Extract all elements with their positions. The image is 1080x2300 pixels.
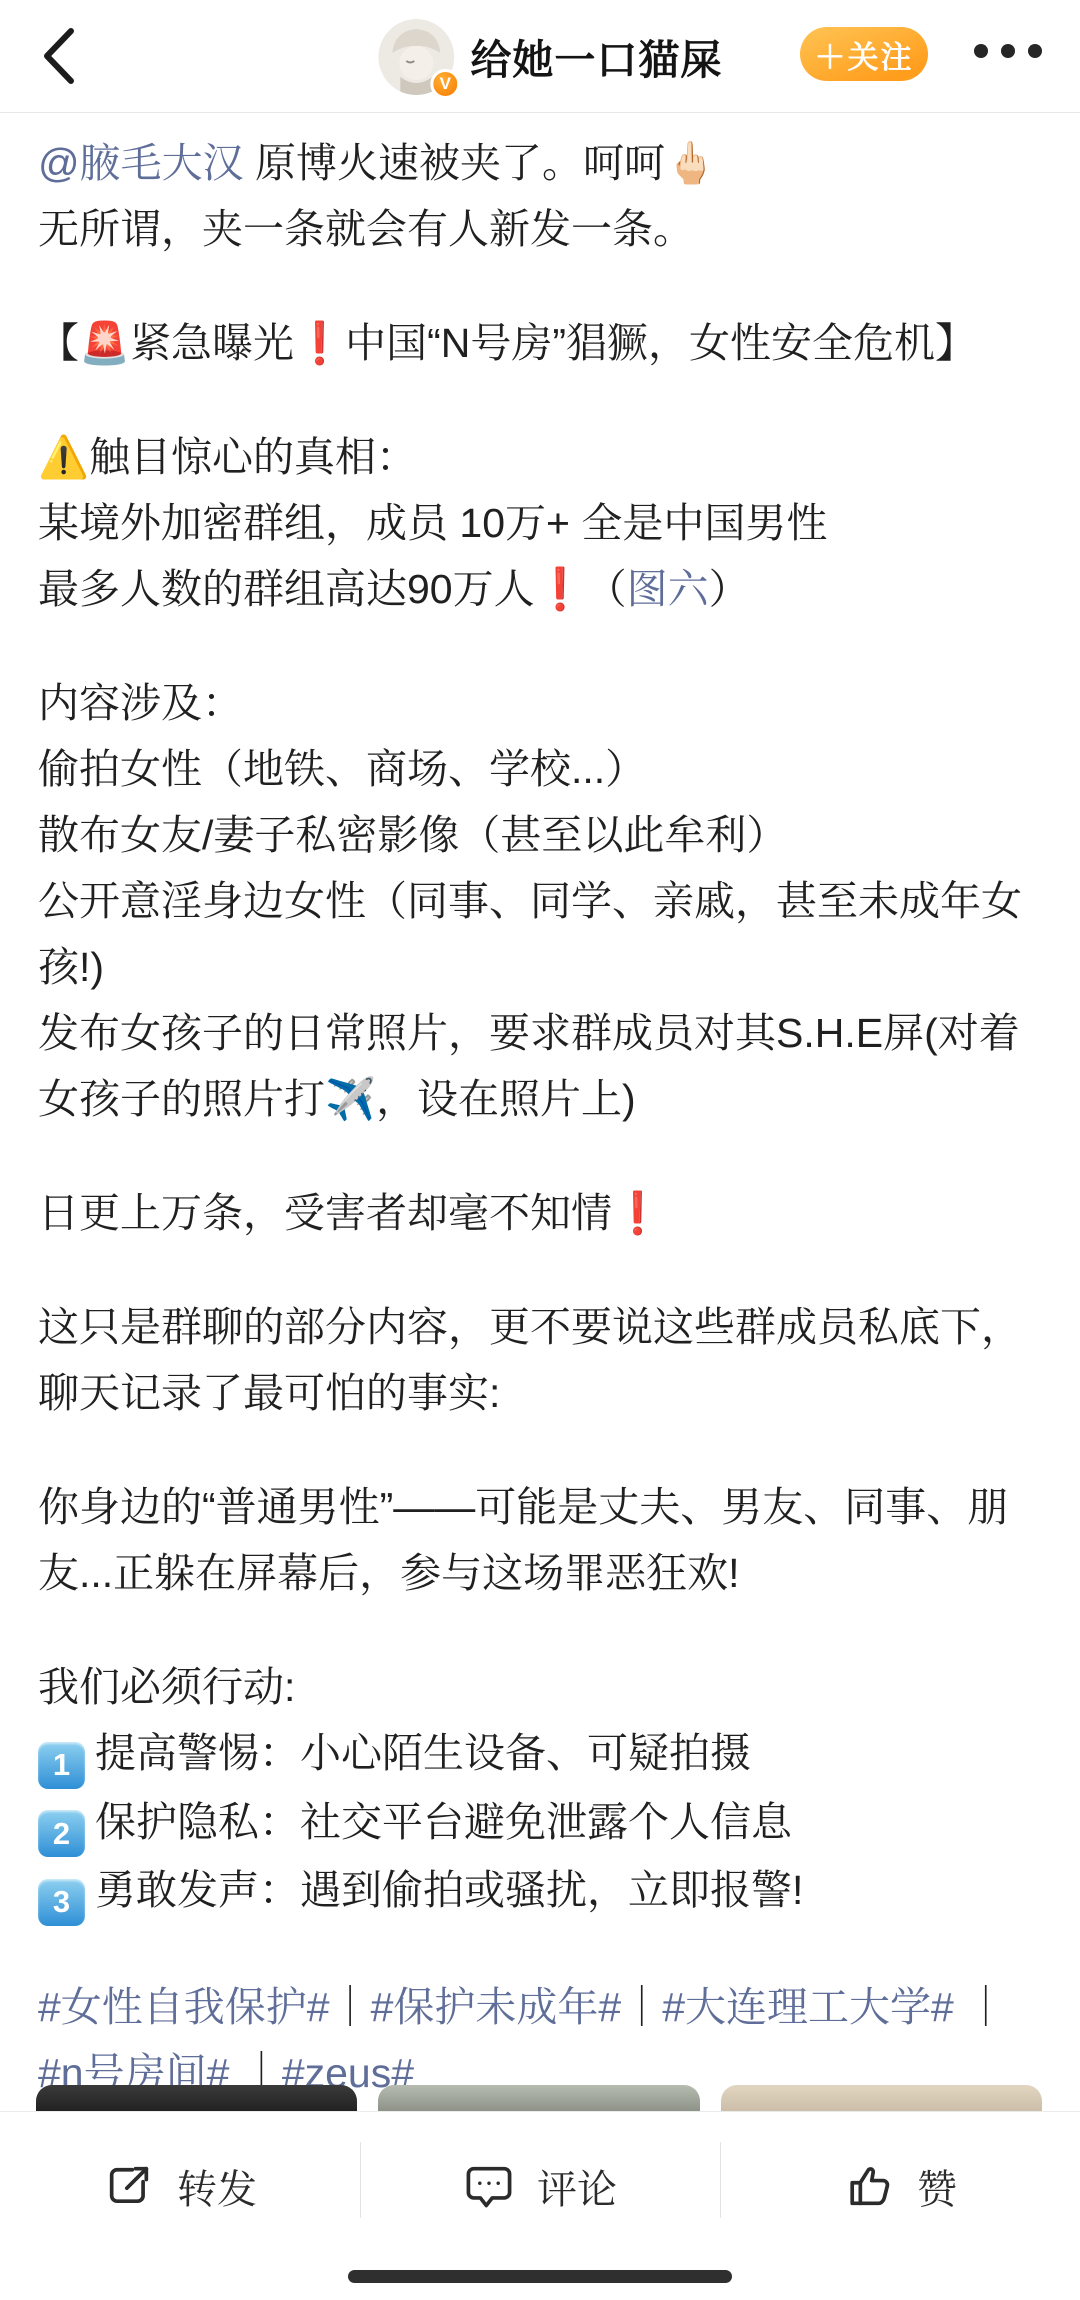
comment-label: 评论 <box>537 2158 617 2215</box>
post-paragraph: @腋毛大汉 原博火速被夹了。呵呵🖕🏻无所谓，夹一条就会有人新发一条。 <box>38 130 1042 262</box>
keycap-1-emoji: 1 <box>38 1742 85 1789</box>
post-text: 触目惊心的真相： <box>89 434 417 480</box>
post-text: （ <box>586 566 627 612</box>
post-paragraph: 日更上万条，受害者却毫不知情❗ <box>38 1180 1042 1246</box>
siren-emoji: 🚨 <box>79 320 130 366</box>
figure-ref-link[interactable]: 图六 <box>627 566 709 612</box>
avatar[interactable]: V <box>378 19 454 95</box>
post-paragraph: 内容涉及：偷拍女性（地铁、商场、学校...）散布女友/妻子私密影像（甚至以此牟利… <box>38 670 1042 1132</box>
post-text: 你身边的“普通男性”——可能是丈夫、男友、同事、朋友...正躲在屏幕后，参与这场… <box>38 1484 1008 1596</box>
post-text: ，设在照片上) <box>376 1076 636 1122</box>
post-text: 某境外加密群组，成员 10万+ 全是中国男性 <box>38 500 827 546</box>
ellipsis-icon <box>1001 44 1015 58</box>
post-text: 最多人数的群组高达90万人 <box>38 566 535 612</box>
hashtag-link[interactable]: #大连理工大学# <box>662 1984 954 2030</box>
more-options-button[interactable] <box>974 44 1042 58</box>
post-paragraph: 你身边的“普通男性”——可能是丈夫、男友、同事、朋友...正躲在屏幕后，参与这场… <box>38 1474 1042 1606</box>
post-text: 勇敢发声：遇到偷拍或骚扰，立即报警! <box>95 1867 803 1913</box>
thumbs-up-icon <box>843 2160 895 2212</box>
repost-icon <box>103 2160 155 2212</box>
home-indicator <box>348 2270 732 2283</box>
post-text: ｜ <box>330 1984 371 2030</box>
username[interactable]: 给她一口猫屎 <box>470 27 722 86</box>
post-text: 原博火速被夹了。呵呵 <box>244 140 665 186</box>
post-text: 日更上万条，受害者却毫不知情 <box>38 1190 612 1236</box>
divider <box>720 2142 721 2218</box>
post-text: 我们必须行动: <box>38 1664 295 1710</box>
post-text: 无所谓，夹一条就会有人新发一条。 <box>38 206 694 252</box>
post-text: 提高警惕：小心陌生设备、可疑拍摄 <box>95 1730 751 1776</box>
repost-label: 转发 <box>177 2158 257 2215</box>
back-button[interactable] <box>24 16 94 96</box>
ellipsis-icon <box>1028 44 1042 58</box>
post-text: ｜ <box>621 1984 662 2030</box>
like-button[interactable]: 赞 <box>720 2122 1080 2250</box>
divider <box>360 2142 361 2218</box>
repost-button[interactable]: 转发 <box>0 2122 360 2250</box>
post-text: ） <box>709 566 750 612</box>
post-text: 中国“N号房”猖獗，女性安全危机】 <box>345 320 976 366</box>
mention-link[interactable]: @腋毛大汉 <box>38 140 244 186</box>
hashtag-link[interactable]: #保护未成年# <box>371 1984 622 2030</box>
follow-button[interactable]: ＋关注 <box>800 27 928 81</box>
exclamation-emoji: ❗ <box>612 1190 663 1236</box>
airplane-emoji: ✈️ <box>325 1076 376 1122</box>
post-text: 保护隐私：社交平台避免泄露个人信息 <box>95 1799 792 1845</box>
post-paragraph: 【🚨紧急曝光❗中国“N号房”猖獗，女性安全危机】 <box>38 310 1042 376</box>
profile-header[interactable]: V 给她一口猫屎 <box>378 0 722 113</box>
bottom-action-bar: 转发 评论 赞 <box>0 2111 1080 2300</box>
post-text: 【 <box>38 320 79 366</box>
exclamation-emoji: ❗ <box>535 566 586 612</box>
comment-button[interactable]: 评论 <box>360 2122 720 2250</box>
post-text: 内容涉及： <box>38 680 243 726</box>
like-label: 赞 <box>917 2158 957 2215</box>
middle-finger-emoji: 🖕🏻 <box>665 140 716 186</box>
post-body: @腋毛大汉 原博火速被夹了。呵呵🖕🏻无所谓，夹一条就会有人新发一条。【🚨紧急曝光… <box>0 114 1080 2111</box>
top-nav-bar: V 给她一口猫屎 ＋关注 <box>0 0 1080 113</box>
ellipsis-icon <box>974 44 988 58</box>
chevron-left-icon <box>39 25 79 87</box>
exclamation-emoji: ❗ <box>294 320 345 366</box>
post-paragraph: ⚠️触目惊心的真相：某境外加密群组，成员 10万+ 全是中国男性最多人数的群组高… <box>38 424 1042 622</box>
verified-badge: V <box>430 69 460 99</box>
keycap-3-emoji: 3 <box>38 1879 85 1926</box>
post-text: 公开意淫身边女性（同事、同学、亲戚，甚至未成年女孩!) <box>38 878 1022 990</box>
keycap-2-emoji: 2 <box>38 1810 85 1857</box>
post-text: 这只是群聊的部分内容，更不要说这些群成员私底下，聊天记录了最可怕的事实: <box>38 1304 1022 1416</box>
post-paragraph: 这只是群聊的部分内容，更不要说这些群成员私底下，聊天记录了最可怕的事实: <box>38 1294 1042 1426</box>
post-text: 紧急曝光 <box>130 320 294 366</box>
warning-emoji: ⚠️ <box>38 434 89 480</box>
post-paragraph: 我们必须行动:1提高警惕：小心陌生设备、可疑拍摄2保护隐私：社交平台避免泄露个人… <box>38 1654 1042 1926</box>
comment-icon <box>463 2160 515 2212</box>
post-text: ｜ <box>954 1984 1006 2030</box>
hashtag-link[interactable]: #女性自我保护# <box>38 1984 330 2030</box>
post-text: 偷拍女性（地铁、商场、学校...） <box>38 746 646 792</box>
post-text: 散布女友/妻子私密影像（甚至以此牟利） <box>38 812 787 858</box>
